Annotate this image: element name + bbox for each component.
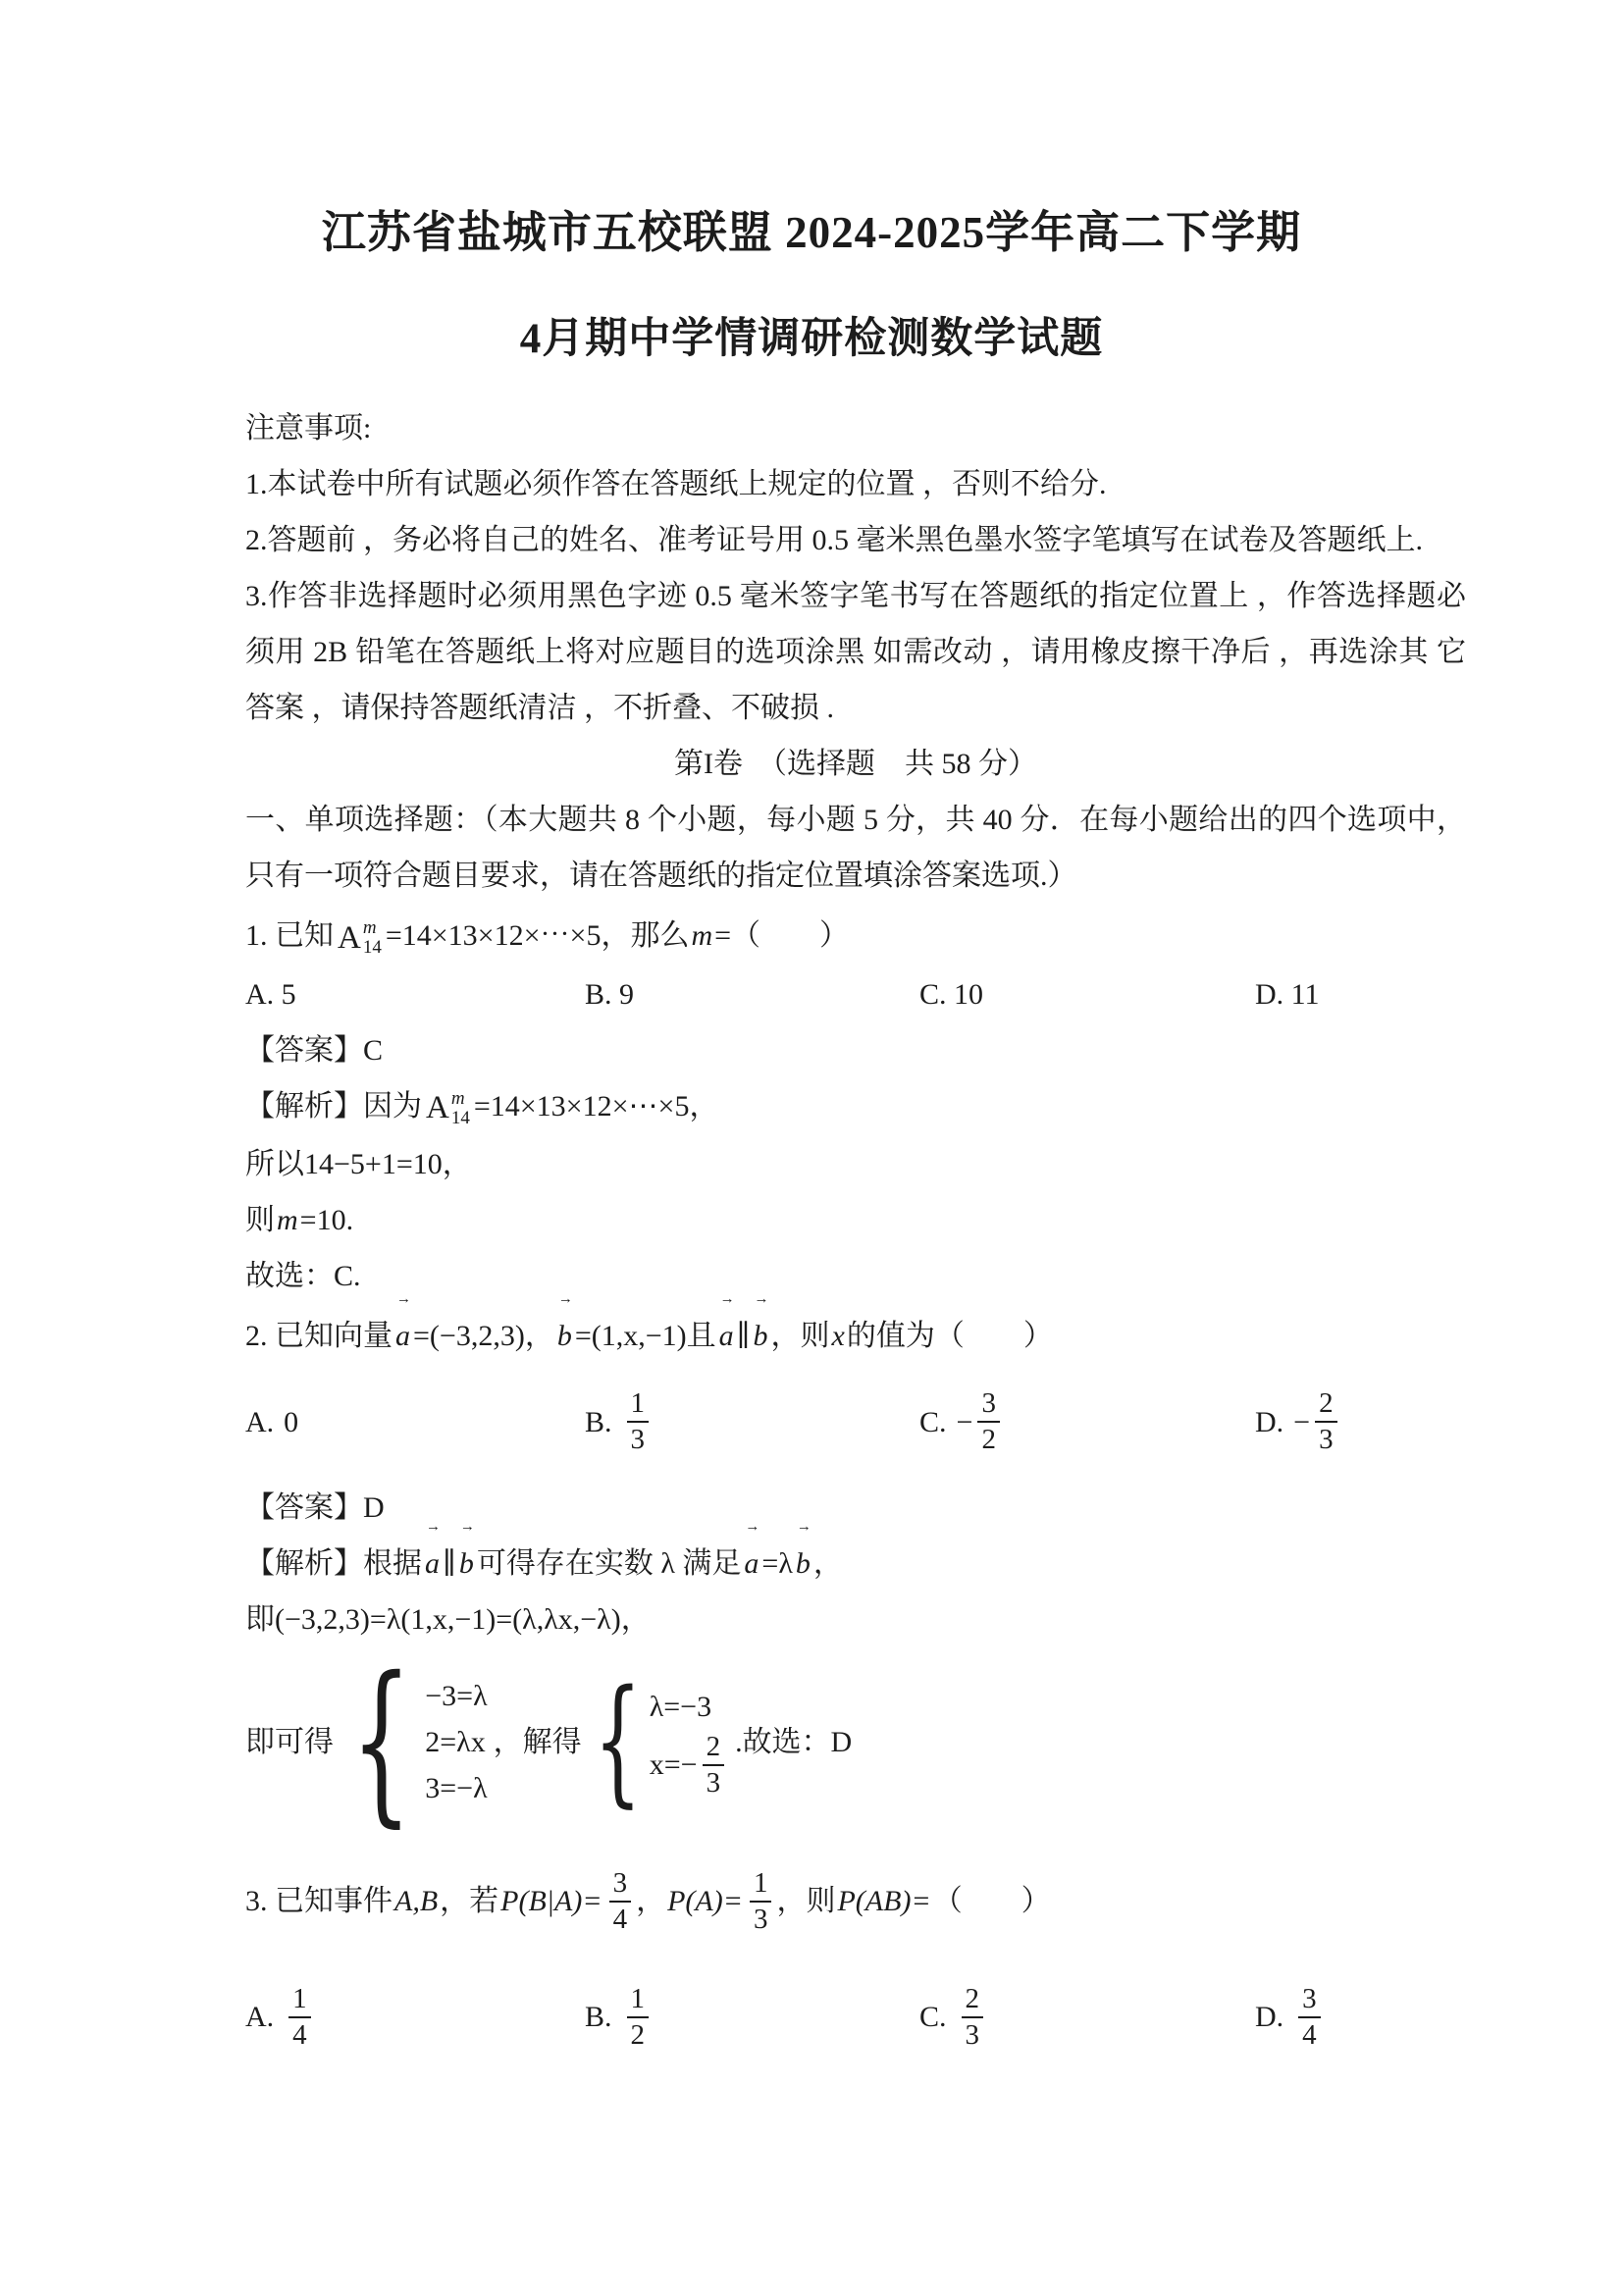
q2-text-pre: 2. 已知向量 [245,1320,393,1352]
option-a-value: 0 [284,1394,298,1450]
q3-events: A,B [393,1873,440,1929]
option-a-fraction: 14 [288,1982,311,2053]
option-a-label: A. [245,1989,274,2045]
option-d-sign: − [1293,1394,1310,1450]
paper-title: 江苏省盐城市五校联盟 2024-2025学年高二下学期 4月期中学情调研检测数学… [0,0,1623,365]
fraction-numerator: 2 [1315,1386,1337,1421]
fraction-denominator: 3 [627,1421,650,1457]
fraction-numerator: 1 [627,1386,650,1421]
system-2-row-1: λ=−3 [650,1684,729,1730]
q2-analysis-line-1: 【解析】根据→a∥→b可得存在实数 λ 满足→a=λ→b， [245,1536,1466,1592]
option-b-fraction: 13 [627,1386,650,1457]
paper-title-line2: 4月期中学情调研检测数学试题 [0,305,1623,365]
q3-prob-ab: P(AB)= [835,1873,932,1929]
fraction-numerator: 3 [609,1866,632,1901]
q2-variable-x: x [830,1320,847,1352]
vector-a-letter: a [719,1320,734,1352]
left-brace: { [594,1679,642,1805]
system-1-row-1: −3=λ [425,1673,487,1719]
q3-fraction-1: 34 [609,1866,632,1937]
q1-text-pre: 1. 已知 [245,919,334,952]
vector-arrow-icon: → [755,1292,769,1307]
section-intro: 一、单项选择题：（本大题共 8 个小题，每小题 5 分，共 40 分．在每小题给… [245,792,1466,904]
vector-a: →a [393,1308,413,1364]
left-brace: { [350,1661,411,1822]
q3-text-pre: 3. 已知事件 [245,1873,393,1929]
vector-arrow-icon: → [426,1520,441,1535]
system-2-row-2-pre: x=− [650,1742,698,1788]
fraction-denominator: 3 [703,1764,725,1800]
fraction-denominator: 4 [288,2016,311,2053]
q1-analysis-variable-m: m [275,1204,300,1236]
notice-heading: 注意事项: [245,400,1466,456]
q3-text-seg3: ，则 [776,1873,835,1929]
fraction-numerator: 3 [977,1386,1000,1421]
permutation-symbol: Am14 [426,1080,470,1136]
fraction-numerator: 2 [962,1982,984,2016]
perm-base: A [426,1080,449,1136]
option-d-fraction: 34 [1298,1982,1321,2053]
option-d-fraction: 23 [1315,1386,1337,1457]
q3-text-tail: （ ） [933,1873,1051,1929]
option-d: D.−23 [1255,1386,1466,1457]
fraction-denominator: 3 [1315,1421,1337,1457]
vector-b-letter: b [796,1547,811,1580]
q1-analysis-l3-post: =10. [300,1204,353,1236]
option-a: A. 5 [245,966,585,1022]
q3-text-seg1: ，若 [440,1873,498,1929]
question-3-statement: 3. 已知事件 A,B ，若 P(B|A)= 34 ， P(A)= 13 ，则 … [245,1844,1466,1959]
q1-analysis-line-2: 所以14−5+1=10， [245,1136,1466,1192]
system-1-row-3: 3=−λ [425,1765,487,1811]
q3-fraction-2: 13 [750,1866,772,1937]
fraction-denominator: 3 [962,2016,984,2053]
q2-text-seg1: =(−3,2,3)， [413,1320,554,1352]
fraction-denominator: 4 [1298,2016,1321,2053]
q2-text-seg4: 的值为（ ） [847,1320,1053,1352]
q1-analysis-line-4: 故选：C. [245,1248,1466,1304]
option-a: A.0 [245,1394,585,1450]
notice-item-1: 1.本试卷中所有试题必须作答在答题纸上规定的位置 ，否则不给分. [245,456,1466,512]
q1-analysis-post: =14×13×12×⋯×5， [474,1090,719,1122]
system-2-fraction: 23 [703,1730,725,1800]
perm-base: A [338,911,361,966]
q1-analysis-line-3: 则m=10. [245,1192,1466,1248]
option-c-fraction: 23 [962,1982,984,2053]
question-2-statement: 2. 已知向量→a=(−3,2,3)，→b=(1,x,−1)且→a∥→b，则x的… [245,1308,1466,1364]
question-2-options: A.0 B.13 C.−32 D.−23 [245,1364,1466,1480]
notice-item-3: 3.作答非选择题时必须用黑色字迹 0.5 毫米签字笔书写在答题纸的指定位置上 ，… [245,568,1466,736]
vector-a-letter: a [425,1547,440,1580]
q3-prob-b-given-a: P(B|A)= [498,1873,603,1929]
question-3: 3. 已知事件 A,B ，若 P(B|A)= 34 ， P(A)= 13 ，则 … [245,1844,1466,2075]
q1-analysis-line-1: 【解析】因为Am14=14×13×12×⋯×5， [245,1078,1466,1137]
permutation-symbol: Am14 [338,911,382,966]
q3-text-seg2: ， [636,1873,665,1929]
question-3-options: A.14 B.12 C.23 D.34 [245,1959,1466,2075]
parallel-symbol: ∥ [737,1320,751,1352]
fraction-numerator: 1 [627,1982,650,2016]
paper-title-line1: 江苏省盐城市五校联盟 2024-2025学年高二下学期 [0,196,1623,260]
vector-arrow-icon: → [745,1520,759,1535]
option-a: A.14 [245,1982,585,2053]
vector-b: →b [456,1536,477,1592]
fraction-numerator: 1 [750,1866,772,1901]
option-d: D.34 [1255,1982,1466,2053]
fraction-numerator: 2 [703,1730,725,1764]
perm-subscript: 14 [451,1109,470,1128]
fraction-denominator: 4 [609,1901,632,1937]
vector-arrow-icon: → [396,1292,411,1307]
option-c: C. 10 [919,966,1255,1022]
notice-item-2: 2.答题前 ，务必将自己的姓名、准考证号用 0.5 毫米黑色墨水签字笔填写在试卷… [245,512,1466,568]
q2-system-pre: 即可得 [245,1714,334,1770]
vector-arrow-icon: → [797,1520,811,1535]
volume-header: 第I卷 （选择题 共 58 分） [245,736,1466,792]
vector-a: →a [422,1536,443,1592]
option-c: C.23 [919,1982,1255,2053]
question-1: 1. 已知Am14=14×13×12×⋯×5，那么m=（ ） A. 5 B. 9… [245,908,1466,1304]
vector-arrow-icon: → [558,1292,573,1307]
vector-b-letter: b [557,1320,572,1352]
question-1-statement: 1. 已知Am14=14×13×12×⋯×5，那么m=（ ） [245,908,1466,966]
vector-arrow-icon: → [720,1292,735,1307]
q1-text-mid: =14×13×12×⋯×5，那么 [386,919,690,952]
fraction-numerator: 3 [1298,1982,1321,2016]
option-c-fraction: 32 [977,1386,1000,1457]
q2-system-tail: .故选：D [735,1714,852,1770]
option-b: B.12 [585,1982,919,2053]
system-2-row-2: x=−23 [650,1730,729,1800]
parallel-symbol: ∥ [443,1547,456,1580]
paper-body: 注意事项: 1.本试卷中所有试题必须作答在答题纸上规定的位置 ，否则不给分. 2… [245,400,1466,2075]
option-b-fraction: 12 [627,1982,650,2053]
perm-scripts: m14 [451,1089,470,1128]
q3-prob-a: P(A)= [665,1873,745,1929]
q2-text-seg3: ，则 [771,1320,830,1352]
option-b: B.13 [585,1386,919,1457]
question-1-options: A. 5 B. 9 C. 10 D. 11 [245,966,1466,1022]
q1-variable-m: m [689,919,714,952]
vector-b-letter: b [459,1547,474,1580]
vector-a: →a [741,1536,761,1592]
vector-a: →a [716,1308,737,1364]
option-c-sign: − [957,1394,973,1450]
q2-analysis-line-2: 即(−3,2,3)=λ(1,x,−1)=(λ,λx,−λ)， [245,1592,1466,1647]
q2-text-seg2: =(1,x,−1)且 [575,1320,716,1352]
fraction-denominator: 2 [977,1421,1000,1457]
system-1-equations: −3=λ 2=λx 3=−λ [425,1673,487,1811]
perm-superscript: m [363,918,382,938]
vector-a-letter: a [395,1320,410,1352]
option-d-label: D. [1255,1394,1283,1450]
vector-b: →b [793,1536,813,1592]
q1-analysis-pre: 【解析】因为 [245,1090,422,1122]
option-d: D. 11 [1255,966,1466,1022]
q2-analysis-mid: 可得存在实数 λ 满足 [477,1547,742,1580]
vector-b: →b [554,1308,575,1364]
system-2-equations: λ=−3 x=−23 [650,1684,729,1800]
vector-b: →b [751,1308,771,1364]
fraction-denominator: 3 [750,1901,772,1937]
q1-analysis-l3-pre: 则 [245,1204,275,1236]
option-b-label: B. [585,1394,612,1450]
exam-document: 江苏省盐城市五校联盟 2024-2025学年高二下学期 4月期中学情调研检测数学… [0,0,1623,2296]
fraction-denominator: 2 [627,2016,650,2053]
q1-text-tail: =（ ） [714,919,849,952]
option-c-label: C. [919,1989,947,2045]
option-b-label: B. [585,1989,612,2045]
q2-analysis-system: 即可得 { −3=λ 2=λx 3=−λ ，解得 { λ=−3 x=−23 .故… [245,1661,1466,1822]
perm-scripts: m14 [363,918,382,958]
fraction-numerator: 1 [288,1982,311,2016]
q2-system-mid: ，解得 [494,1714,582,1770]
vector-arrow-icon: → [460,1520,475,1535]
vector-b-letter: b [754,1320,768,1352]
option-c-label: C. [919,1394,947,1450]
question-2: 2. 已知向量→a=(−3,2,3)，→b=(1,x,−1)且→a∥→b，则x的… [245,1308,1466,1822]
q2-analysis-pre: 【解析】根据 [245,1547,422,1580]
system-1-row-2: 2=λx [425,1719,487,1765]
option-a-label: A. [245,1394,274,1450]
option-b: B. 9 [585,966,919,1022]
perm-subscript: 14 [363,938,382,958]
option-c: C.−32 [919,1386,1255,1457]
perm-superscript: m [451,1089,470,1109]
vector-a-letter: a [744,1547,759,1580]
option-d-label: D. [1255,1989,1283,2045]
q2-analysis-end: ， [813,1547,843,1580]
q2-analysis-eq: =λ [761,1547,792,1580]
q1-answer: 【答案】C [245,1022,1466,1078]
